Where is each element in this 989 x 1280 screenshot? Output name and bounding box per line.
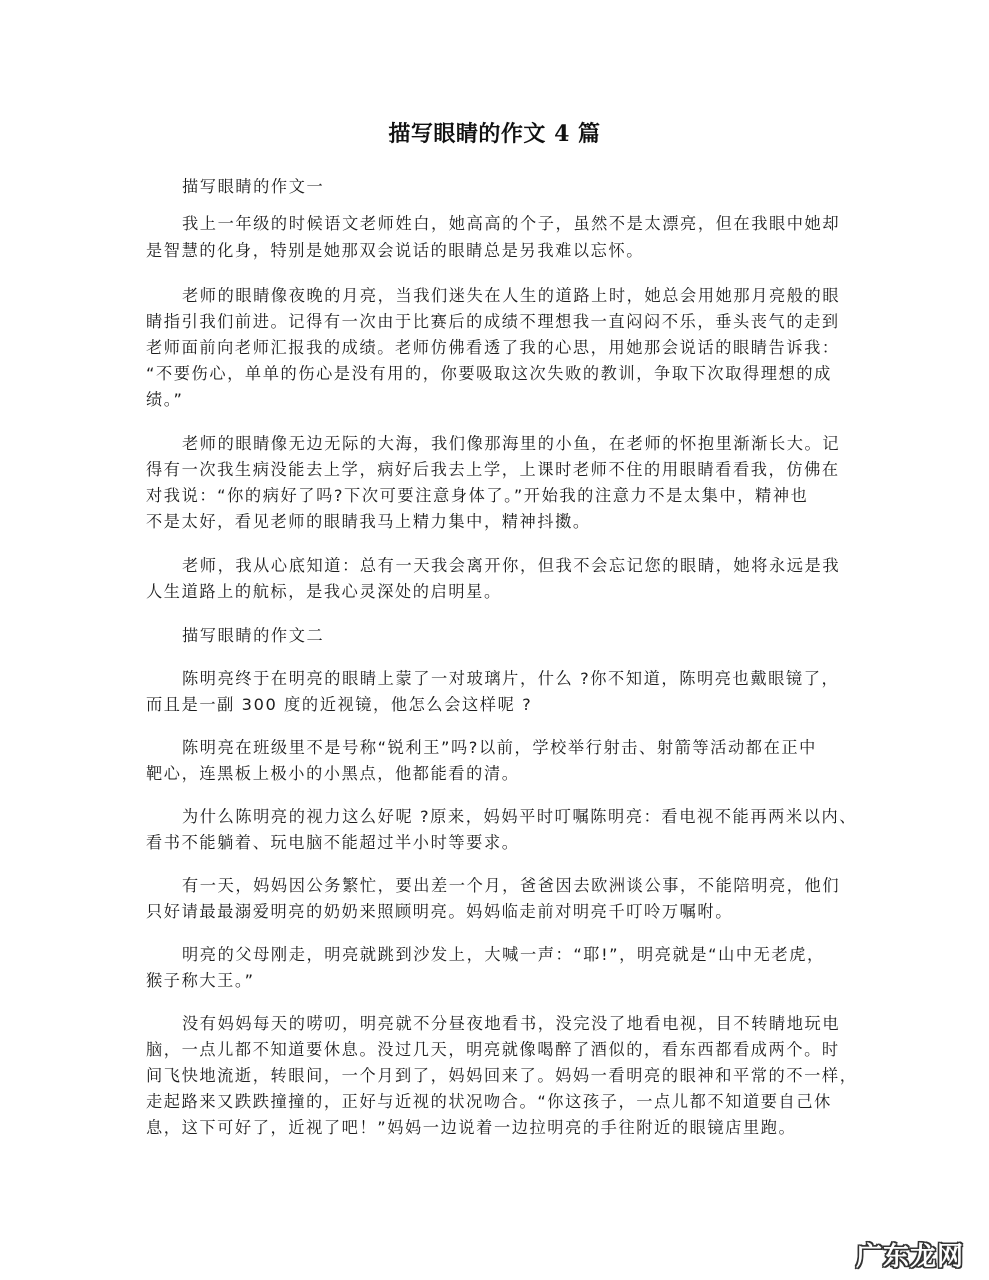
paragraph-line: 陈明亮在班级里不是号称“锐利王”吗?以前，学校举行射击、射箭等活动都在正中 [182, 737, 872, 759]
paragraph-line: 间飞快地流逝，转眼间，一个月到了，妈妈回来了。妈妈一看明亮的眼神和平常的不一样， [146, 1065, 836, 1087]
paragraph-line: 人生道路上的航标，是我心灵深处的启明星。 [146, 581, 836, 603]
section-heading: 描写眼睛的作文二 [182, 625, 872, 647]
paragraph-line: 不是太好，看见老师的眼睛我马上精力集中，精神抖擞。 [146, 511, 836, 533]
paragraph-line: 陈明亮终于在明亮的眼睛上蒙了一对玻璃片，什么 ?你不知道，陈明亮也戴眼镜了， [182, 668, 872, 690]
paragraph-line: 没有妈妈每天的唠叨，明亮就不分昼夜地看书，没完没了地看电视，目不转睛地玩电 [182, 1013, 872, 1035]
document-page: 描写眼睛的作文 4 篇 描写眼睛的作文一 我上一年级的时候语文老师姓白，她高高的… [0, 0, 989, 1280]
paragraph-line: 绩。” [146, 389, 836, 411]
paragraph-line: 老师，我从心底知道：总有一天我会离开你，但我不会忘记您的眼睛，她将永远是我 [182, 555, 872, 577]
paragraph-line: 走起路来又跌跌撞撞的，正好与近视的状况吻合。“你这孩子，一点儿都不知道要自己休 [146, 1091, 836, 1113]
paragraph-line: 睛指引我们前进。记得有一次由于比赛后的成绩不理想我一直闷闷不乐，垂头丧气的走到 [146, 311, 836, 333]
paragraph-line: 老师的眼睛像无边无际的大海，我们像那海里的小鱼，在老师的怀抱里渐渐长大。记 [182, 433, 872, 455]
paragraph-line: 而且是一副 300 度的近视镜，他怎么会这样呢 ? [146, 694, 836, 716]
paragraph-line: 有一天，妈妈因公务繁忙，要出差一个月，爸爸因去欧洲谈公事，不能陪明亮，他们 [182, 875, 872, 897]
paragraph-line: 我上一年级的时候语文老师姓白，她高高的个子，虽然不是太漂亮，但在我眼中她却 [182, 213, 872, 235]
paragraph-line: 老师面前向老师汇报我的成绩。老师仿佛看透了我的心思，用她那会说话的眼睛告诉我： [146, 337, 836, 359]
paragraph-line: 猴子称大王。” [146, 970, 836, 992]
paragraph-line: 老师的眼睛像夜晚的月亮，当我们迷失在人生的道路上时，她总会用她那月亮般的眼 [182, 285, 872, 307]
paragraph-line: 为什么陈明亮的视力这么好呢 ?原来，妈妈平时叮嘱陈明亮：看电视不能再两米以内、 [182, 806, 872, 828]
paragraph-line: 是智慧的化身，特别是她那双会说话的眼睛总是另我难以忘怀。 [146, 240, 836, 262]
paragraph-line: 看书不能躺着、玩电脑不能超过半小时等要求。 [146, 832, 836, 854]
paragraph-line: 对我说：“你的病好了吗?下次可要注意身体了。”开始我的注意力不是太集中，精神也 [146, 485, 836, 507]
watermark-logo: 广东龙网 [856, 1236, 964, 1273]
paragraph-line: 息，这下可好了，近视了吧！”妈妈一边说着一边拉明亮的手往附近的眼镜店里跑。 [146, 1117, 836, 1139]
paragraph-line: 靶心，连黑板上极小的小黑点，他都能看的清。 [146, 763, 836, 785]
paragraph-line: “不要伤心，单单的伤心是没有用的，你要吸取这次失败的教训，争取下次取得理想的成 [146, 363, 836, 385]
paragraph-line: 得有一次我生病没能去上学，病好后我去上学，上课时老师不住的用眼睛看看我，仿佛在 [146, 459, 836, 481]
paragraph-line: 脑，一点儿都不知道要休息。没过几天，明亮就像喝醉了酒似的，看东西都看成两个。时 [146, 1039, 836, 1061]
paragraph-line: 明亮的父母刚走，明亮就跳到沙发上，大喊一声：“耶!”，明亮就是“山中无老虎， [182, 944, 872, 966]
section-heading: 描写眼睛的作文一 [182, 176, 872, 198]
page-title: 描写眼睛的作文 4 篇 [0, 117, 989, 148]
paragraph-line: 只好请最最溺爱明亮的奶奶来照顾明亮。妈妈临走前对明亮千叮呤万嘱咐。 [146, 901, 836, 923]
